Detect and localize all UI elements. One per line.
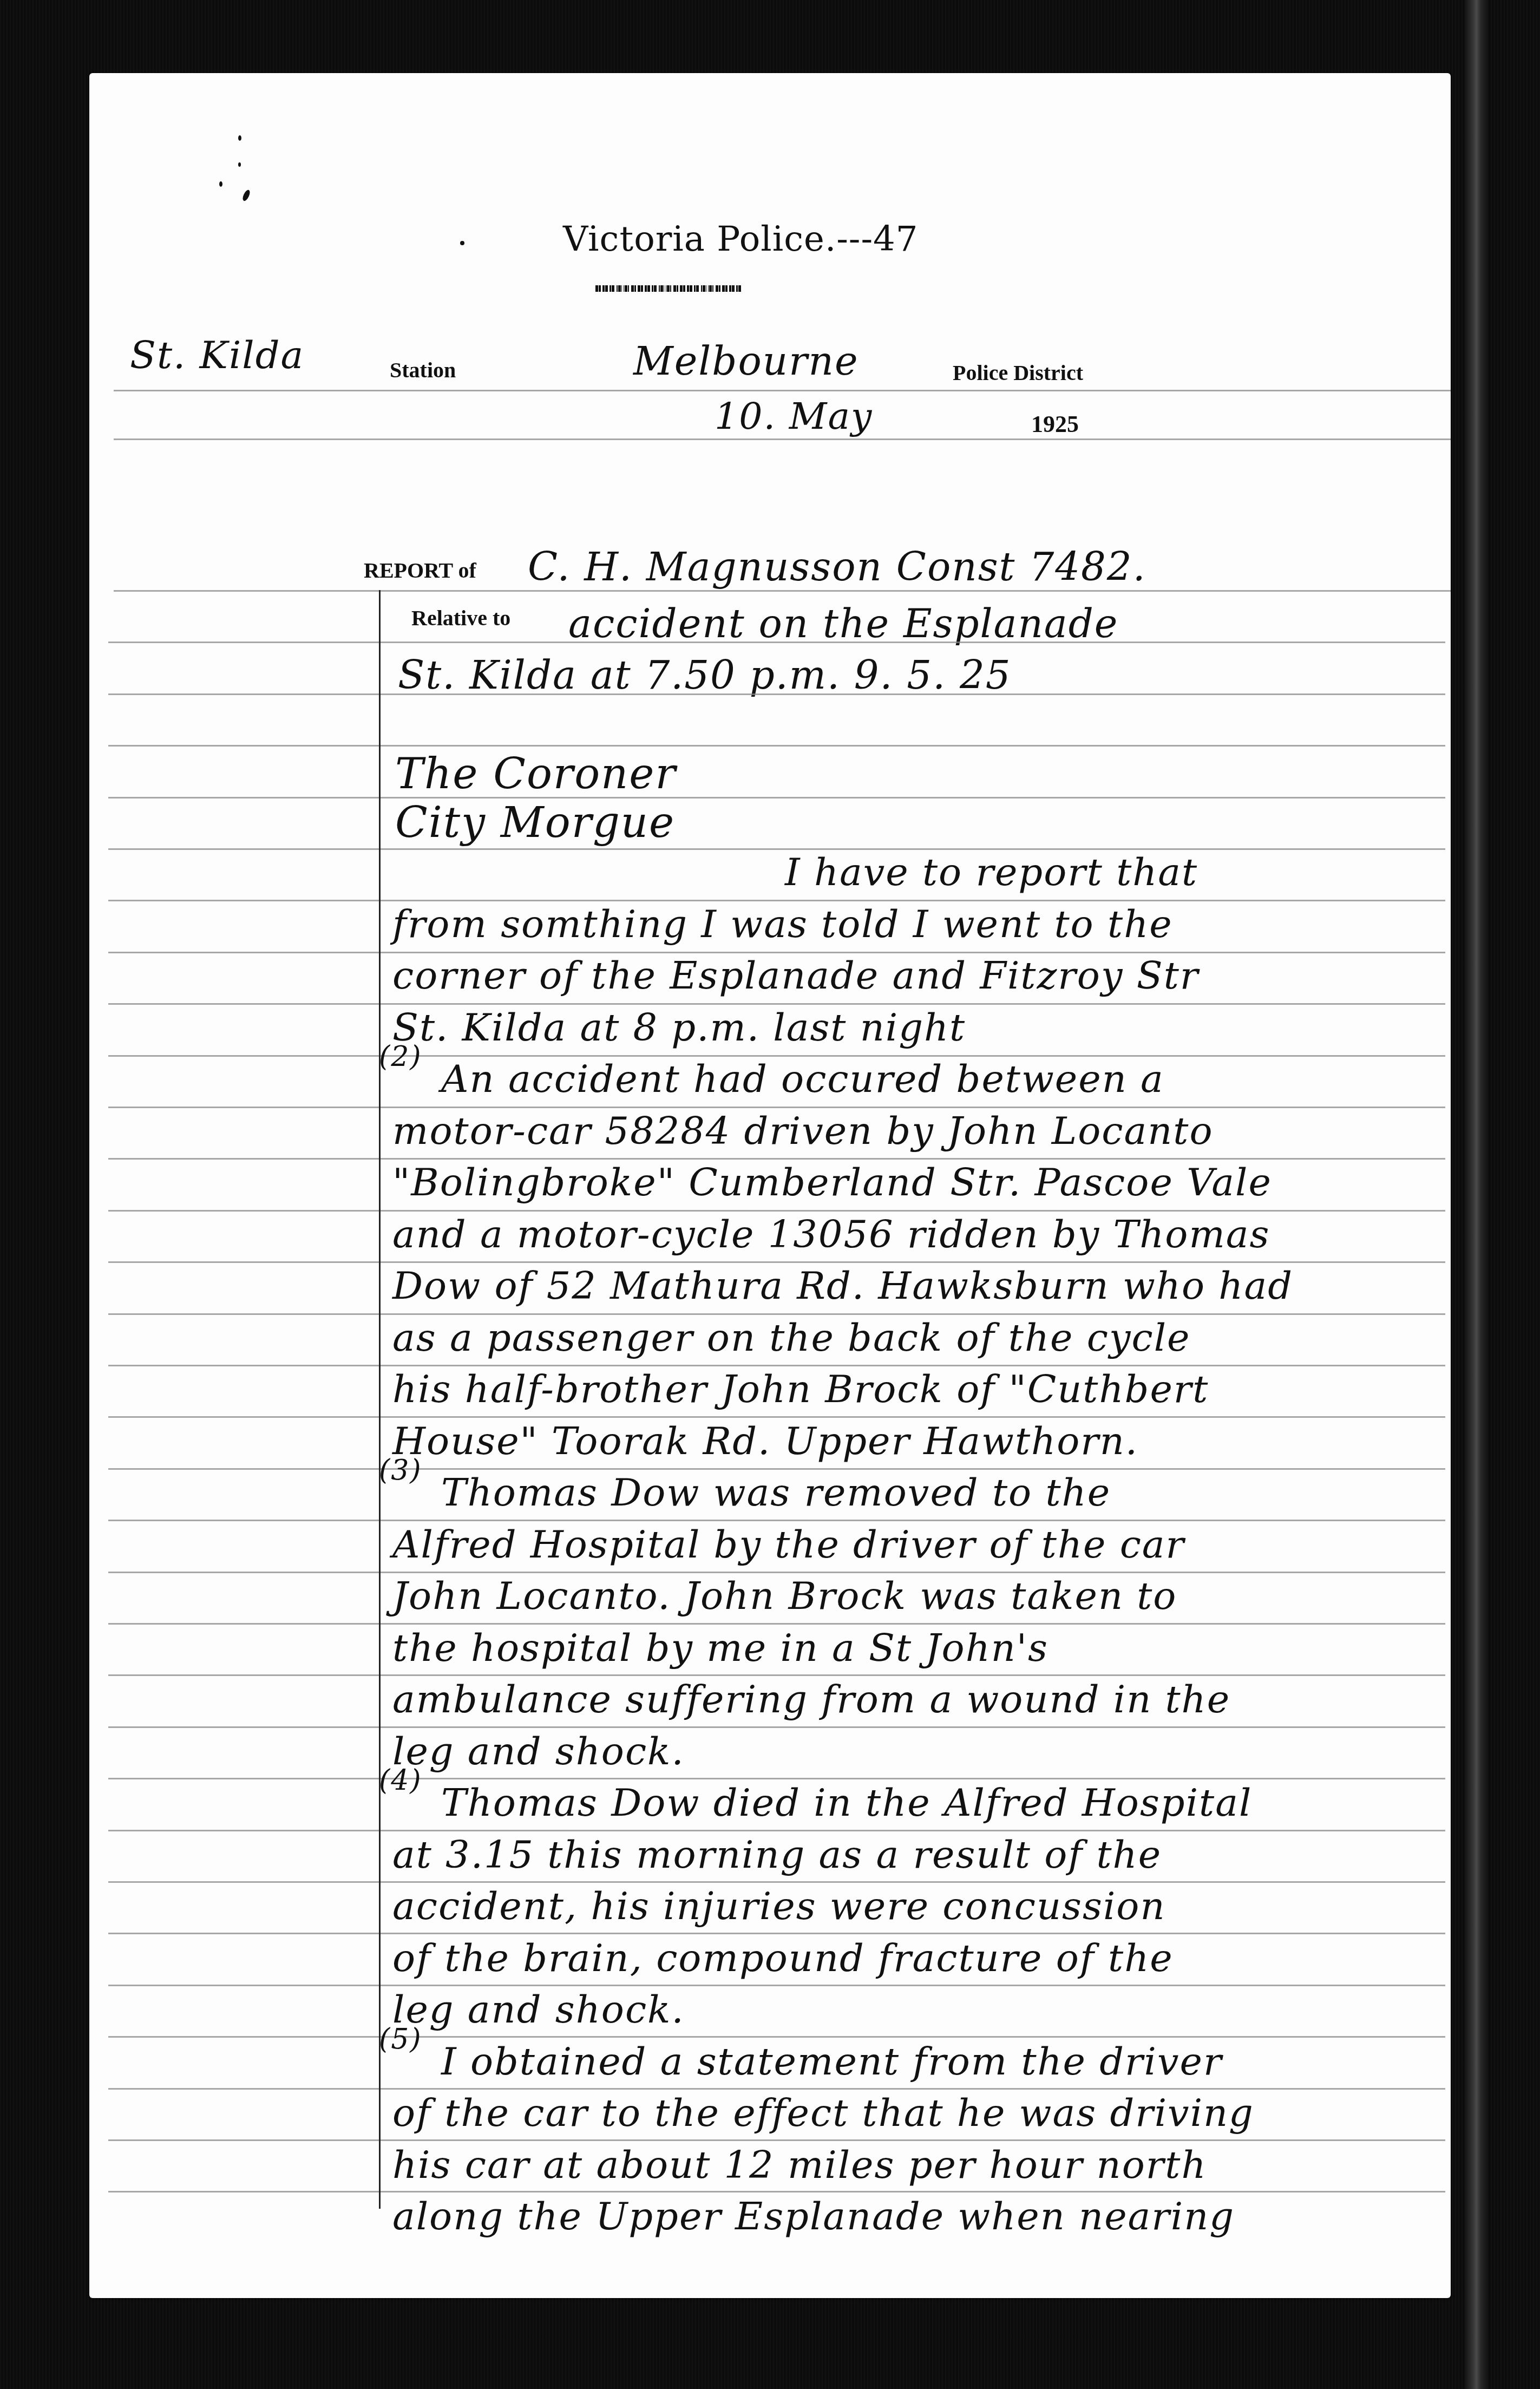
ruled-line [108, 1416, 1445, 1418]
report-body-line: I obtained a statement from the driver [441, 2039, 1222, 2084]
report-body-line: as a passenger on the back of the cycle [392, 1315, 1190, 1360]
paragraph-number: (2) [379, 1040, 422, 1073]
relative-to-label: Relative to [411, 605, 510, 631]
ruled-line [108, 2036, 1445, 2038]
letterhead-title: Victoria Police.---47 [563, 219, 919, 259]
paragraph-number: (4) [379, 1764, 422, 1797]
ruled-line [108, 1572, 1445, 1573]
ruled-line [114, 590, 1451, 592]
report-body-line: Thomas Dow was removed to the [441, 1470, 1111, 1515]
ruled-line [108, 1985, 1445, 1986]
addressee-line-2: City Morgue [395, 798, 675, 847]
ruled-line [108, 1520, 1445, 1521]
report-body-line: accident, his injuries were concussion [392, 1884, 1166, 1928]
paragraph-number: (5) [379, 2023, 422, 2056]
report-of-value: C. H. Magnusson Const 7482. [528, 544, 1146, 590]
ruled-line [108, 1933, 1445, 1934]
ruled-line [108, 1623, 1445, 1625]
ruled-line [108, 1726, 1445, 1728]
relative-to-line-1: accident on the Esplanade [568, 601, 1118, 646]
report-body-line: St. Kilda at 8 p.m. last night [392, 1005, 966, 1050]
ruled-line [108, 2191, 1445, 2192]
ruled-line [108, 1261, 1445, 1263]
ink-speck [219, 181, 222, 187]
report-body-line: corner of the Esplanade and Fitzroy Str [392, 953, 1199, 998]
report-body-line: the hospital by me in a St John's [392, 1626, 1048, 1670]
report-body-line: Dow of 52 Mathura Rd. Hawksburn who had [392, 1264, 1293, 1308]
ink-speck [238, 162, 241, 167]
report-body-line: I have to report that [785, 850, 1198, 894]
ruled-line [108, 1778, 1445, 1779]
report-body-line: of the brain, compound fracture of the [392, 1936, 1174, 1980]
report-body-line: "Bolingbroke" Cumberland Str. Pascoe Val… [392, 1160, 1272, 1205]
district-value: Melbourne [633, 338, 859, 384]
ruled-line [108, 797, 1445, 798]
ruled-line [108, 693, 1445, 695]
ruled-line [108, 642, 1445, 643]
report-body-line: his half-brother John Brock of "Cuthbert [392, 1367, 1209, 1411]
report-body-line: leg and shock. [392, 1729, 685, 1773]
ruled-line [108, 745, 1445, 747]
report-body-line: leg and shock. [392, 1987, 685, 2032]
book-binding-edge [1464, 0, 1489, 2389]
report-body-line: Thomas Dow died in the Alfred Hospital [441, 1781, 1252, 1825]
station-label: Station [390, 357, 456, 383]
ruled-line [108, 1881, 1445, 1883]
report-body-line: along the Upper Esplanade when nearing [392, 2194, 1235, 2239]
paragraph-number: (3) [379, 1454, 422, 1487]
date-year: 1925 [1031, 410, 1079, 438]
ruled-line [108, 1158, 1445, 1160]
date-rule [114, 438, 1451, 440]
date-day-month: 10. May [715, 395, 873, 438]
ruled-line [108, 1674, 1445, 1676]
ruled-line [108, 2088, 1445, 2090]
ruled-line [108, 2139, 1445, 2141]
ruled-line [108, 1365, 1445, 1366]
report-body-line: House" Toorak Rd. Upper Hawthorn. [392, 1419, 1138, 1463]
letterhead-ornament [595, 285, 742, 292]
report-body-line: Alfred Hospital by the driver of the car [392, 1522, 1185, 1567]
report-body-line: An accident had occured between a [441, 1057, 1164, 1101]
relative-to-line-2: St. Kilda at 7.50 p.m. 9. 5. 25 [398, 652, 1012, 698]
margin-line [379, 590, 381, 2209]
ruled-line [108, 848, 1445, 850]
report-of-label: REPORT of [364, 558, 476, 583]
report-body-line: from somthing I was told I went to the [392, 902, 1173, 946]
addressee-line-1: The Coroner [395, 750, 677, 798]
report-body-line: at 3.15 this morning as a result of the [392, 1832, 1162, 1877]
ink-speck [460, 241, 464, 245]
report-body-line: and a motor-cycle 13056 ridden by Thomas [392, 1212, 1270, 1256]
ruled-line [108, 1468, 1445, 1470]
station-rule [114, 390, 1451, 391]
report-body-line: of the car to the effect that he was dri… [392, 2091, 1254, 2135]
station-value: St. Kilda [130, 333, 304, 377]
report-body-line: motor-car 58284 driven by John Locanto [392, 1109, 1214, 1153]
report-body-line: ambulance suffering from a wound in the [392, 1677, 1230, 1722]
report-body-line: his car at about 12 miles per hour north [392, 2143, 1207, 2187]
district-label: Police District [953, 360, 1083, 385]
report-body-line: John Locanto. John Brock was taken to [392, 1574, 1177, 1618]
ink-speck [238, 135, 241, 141]
ruled-line [108, 1830, 1445, 1831]
